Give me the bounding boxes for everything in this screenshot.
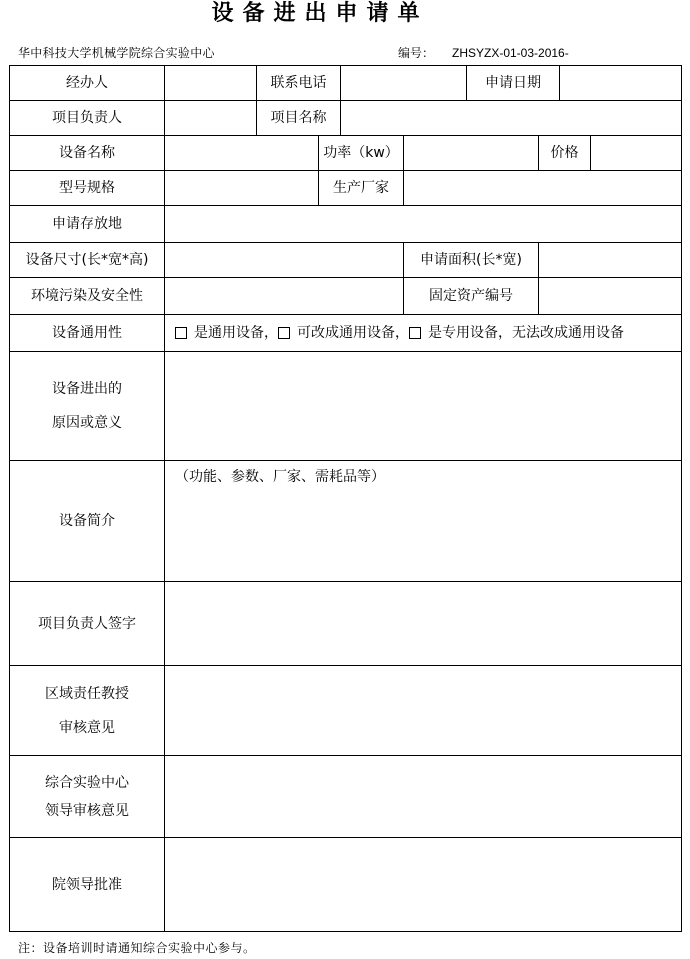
checkbox-dedicated-device[interactable] (409, 327, 421, 339)
label-asset-no: 固定资产编号 (403, 277, 539, 315)
project-lead-field[interactable] (164, 100, 257, 136)
label-reason: 设备进出的 原因或意义 (9, 351, 165, 461)
price-field[interactable] (590, 135, 682, 171)
project-name-field[interactable] (340, 100, 682, 136)
label-center-review-line1: 综合实验中心 (45, 769, 129, 797)
label-lead-signature: 项目负责人签字 (9, 581, 165, 666)
intro-field[interactable]: （功能、参数、厂家、需耗品等） (164, 460, 682, 582)
device-size-field[interactable] (164, 242, 404, 278)
label-model-spec: 型号规格 (9, 170, 165, 206)
label-handler: 经办人 (9, 65, 165, 101)
checkbox-convertible-device[interactable] (278, 327, 290, 339)
footer-note: 注：设备培训时请通知综合实验中心参与。 (18, 940, 256, 956)
label-center-review: 综合实验中心 领导审核意见 (9, 755, 165, 838)
label-reason-line2: 原因或意义 (52, 406, 122, 440)
label-reason-line1: 设备进出的 (52, 372, 122, 406)
label-intro: 设备简介 (9, 460, 165, 582)
dean-approval-field[interactable] (164, 837, 682, 932)
label-storage-location: 申请存放地 (9, 205, 165, 243)
handler-field[interactable] (164, 65, 257, 101)
option-dedicated-device: 是专用设备，无法改成通用设备 (428, 316, 624, 350)
label-env-safety: 环境污染及安全性 (9, 277, 165, 315)
label-generality: 设备通用性 (9, 314, 165, 352)
label-center-review-line2: 领导审核意见 (45, 797, 129, 825)
label-area: 申请面积(长*宽) (403, 242, 539, 278)
serial-number-value: ZHSYZX-01-03-2016- (452, 45, 569, 61)
label-prof-review-line1: 区域责任教授 (45, 677, 129, 711)
prof-review-field[interactable] (164, 665, 682, 756)
label-device-name: 设备名称 (9, 135, 165, 171)
apply-date-field[interactable] (559, 65, 682, 101)
option-convertible-device: 可改成通用设备， (297, 316, 409, 350)
organization-name: 华中科技大学机械学院综合实验中心 (18, 45, 215, 61)
device-name-field[interactable] (164, 135, 319, 171)
checkbox-general-device[interactable] (175, 327, 187, 339)
label-dean-approval: 院领导批准 (9, 837, 165, 932)
label-power: 功率（kw） (318, 135, 404, 171)
asset-no-field[interactable] (538, 277, 682, 315)
model-spec-field[interactable] (164, 170, 319, 206)
label-price: 价格 (538, 135, 591, 171)
form-title: 设备进出申请单 (0, 0, 640, 26)
intro-hint: （功能、参数、厂家、需耗品等） (175, 467, 385, 487)
env-safety-field[interactable] (164, 277, 404, 315)
label-project-lead: 项目负责人 (9, 100, 165, 136)
label-prof-review-line2: 审核意见 (59, 711, 115, 745)
center-review-field[interactable] (164, 755, 682, 838)
storage-location-field[interactable] (164, 205, 682, 243)
serial-number-label: 编号： (398, 45, 434, 61)
generality-options: 是通用设备， 可改成通用设备， 是专用设备，无法改成通用设备 (164, 314, 682, 352)
reason-field[interactable] (164, 351, 682, 461)
lead-signature-field[interactable] (164, 581, 682, 666)
label-project-name: 项目名称 (256, 100, 341, 136)
manufacturer-field[interactable] (403, 170, 682, 206)
label-device-size: 设备尺寸(长*宽*高) (9, 242, 165, 278)
area-field[interactable] (538, 242, 682, 278)
phone-field[interactable] (340, 65, 467, 101)
option-general-device: 是通用设备， (194, 316, 278, 350)
label-prof-review: 区域责任教授 审核意见 (9, 665, 165, 756)
label-apply-date: 申请日期 (466, 65, 560, 101)
label-phone: 联系电话 (256, 65, 341, 101)
power-field[interactable] (403, 135, 539, 171)
label-manufacturer: 生产厂家 (318, 170, 404, 206)
